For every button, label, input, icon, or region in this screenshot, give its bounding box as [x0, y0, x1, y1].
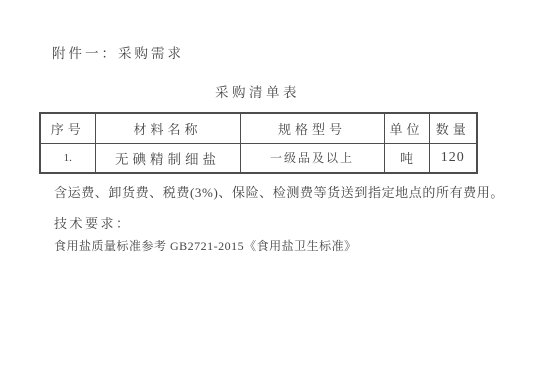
table-title: 采购清单表 [39, 81, 476, 101]
cell-unit: 吨 [384, 143, 429, 173]
cell-spec-model: 一级品及以上 [240, 143, 384, 173]
header-spec: 规格型号 [240, 113, 384, 143]
table-header-row: 序号 材料名称 规格型号 单位 数量 [40, 113, 477, 143]
table-row: 1. 无碘精制细盐 一级品及以上 吨 120 [40, 143, 477, 173]
document-page: 附件一：采购需求 采购清单表 序号 材料名称 规格型号 单位 数量 1. 无碘精… [0, 0, 538, 380]
procurement-table: 序号 材料名称 规格型号 单位 数量 1. 无碘精制细盐 一级品及以上 吨 12… [39, 112, 478, 174]
tech-requirements-label: 技术要求： [54, 213, 132, 232]
header-material: 材料名称 [95, 113, 240, 143]
attachment-title: 附件一：采购需求 [52, 42, 184, 62]
header-qty: 数量 [429, 113, 477, 143]
cost-note: 含运费、卸货费、税费(3%)、保险、检测费等货送到指定地点的所有费用。 [54, 182, 514, 201]
header-seq: 序号 [40, 113, 95, 143]
cell-quantity: 120 [429, 143, 477, 173]
header-unit: 单位 [384, 113, 429, 143]
cell-material-name: 无碘精制细盐 [95, 143, 240, 173]
tech-requirements-detail: 食用盐质量标准参考 GB2721-2015《食用盐卫生标准》 [54, 237, 357, 254]
cell-seq: 1. [40, 143, 95, 173]
